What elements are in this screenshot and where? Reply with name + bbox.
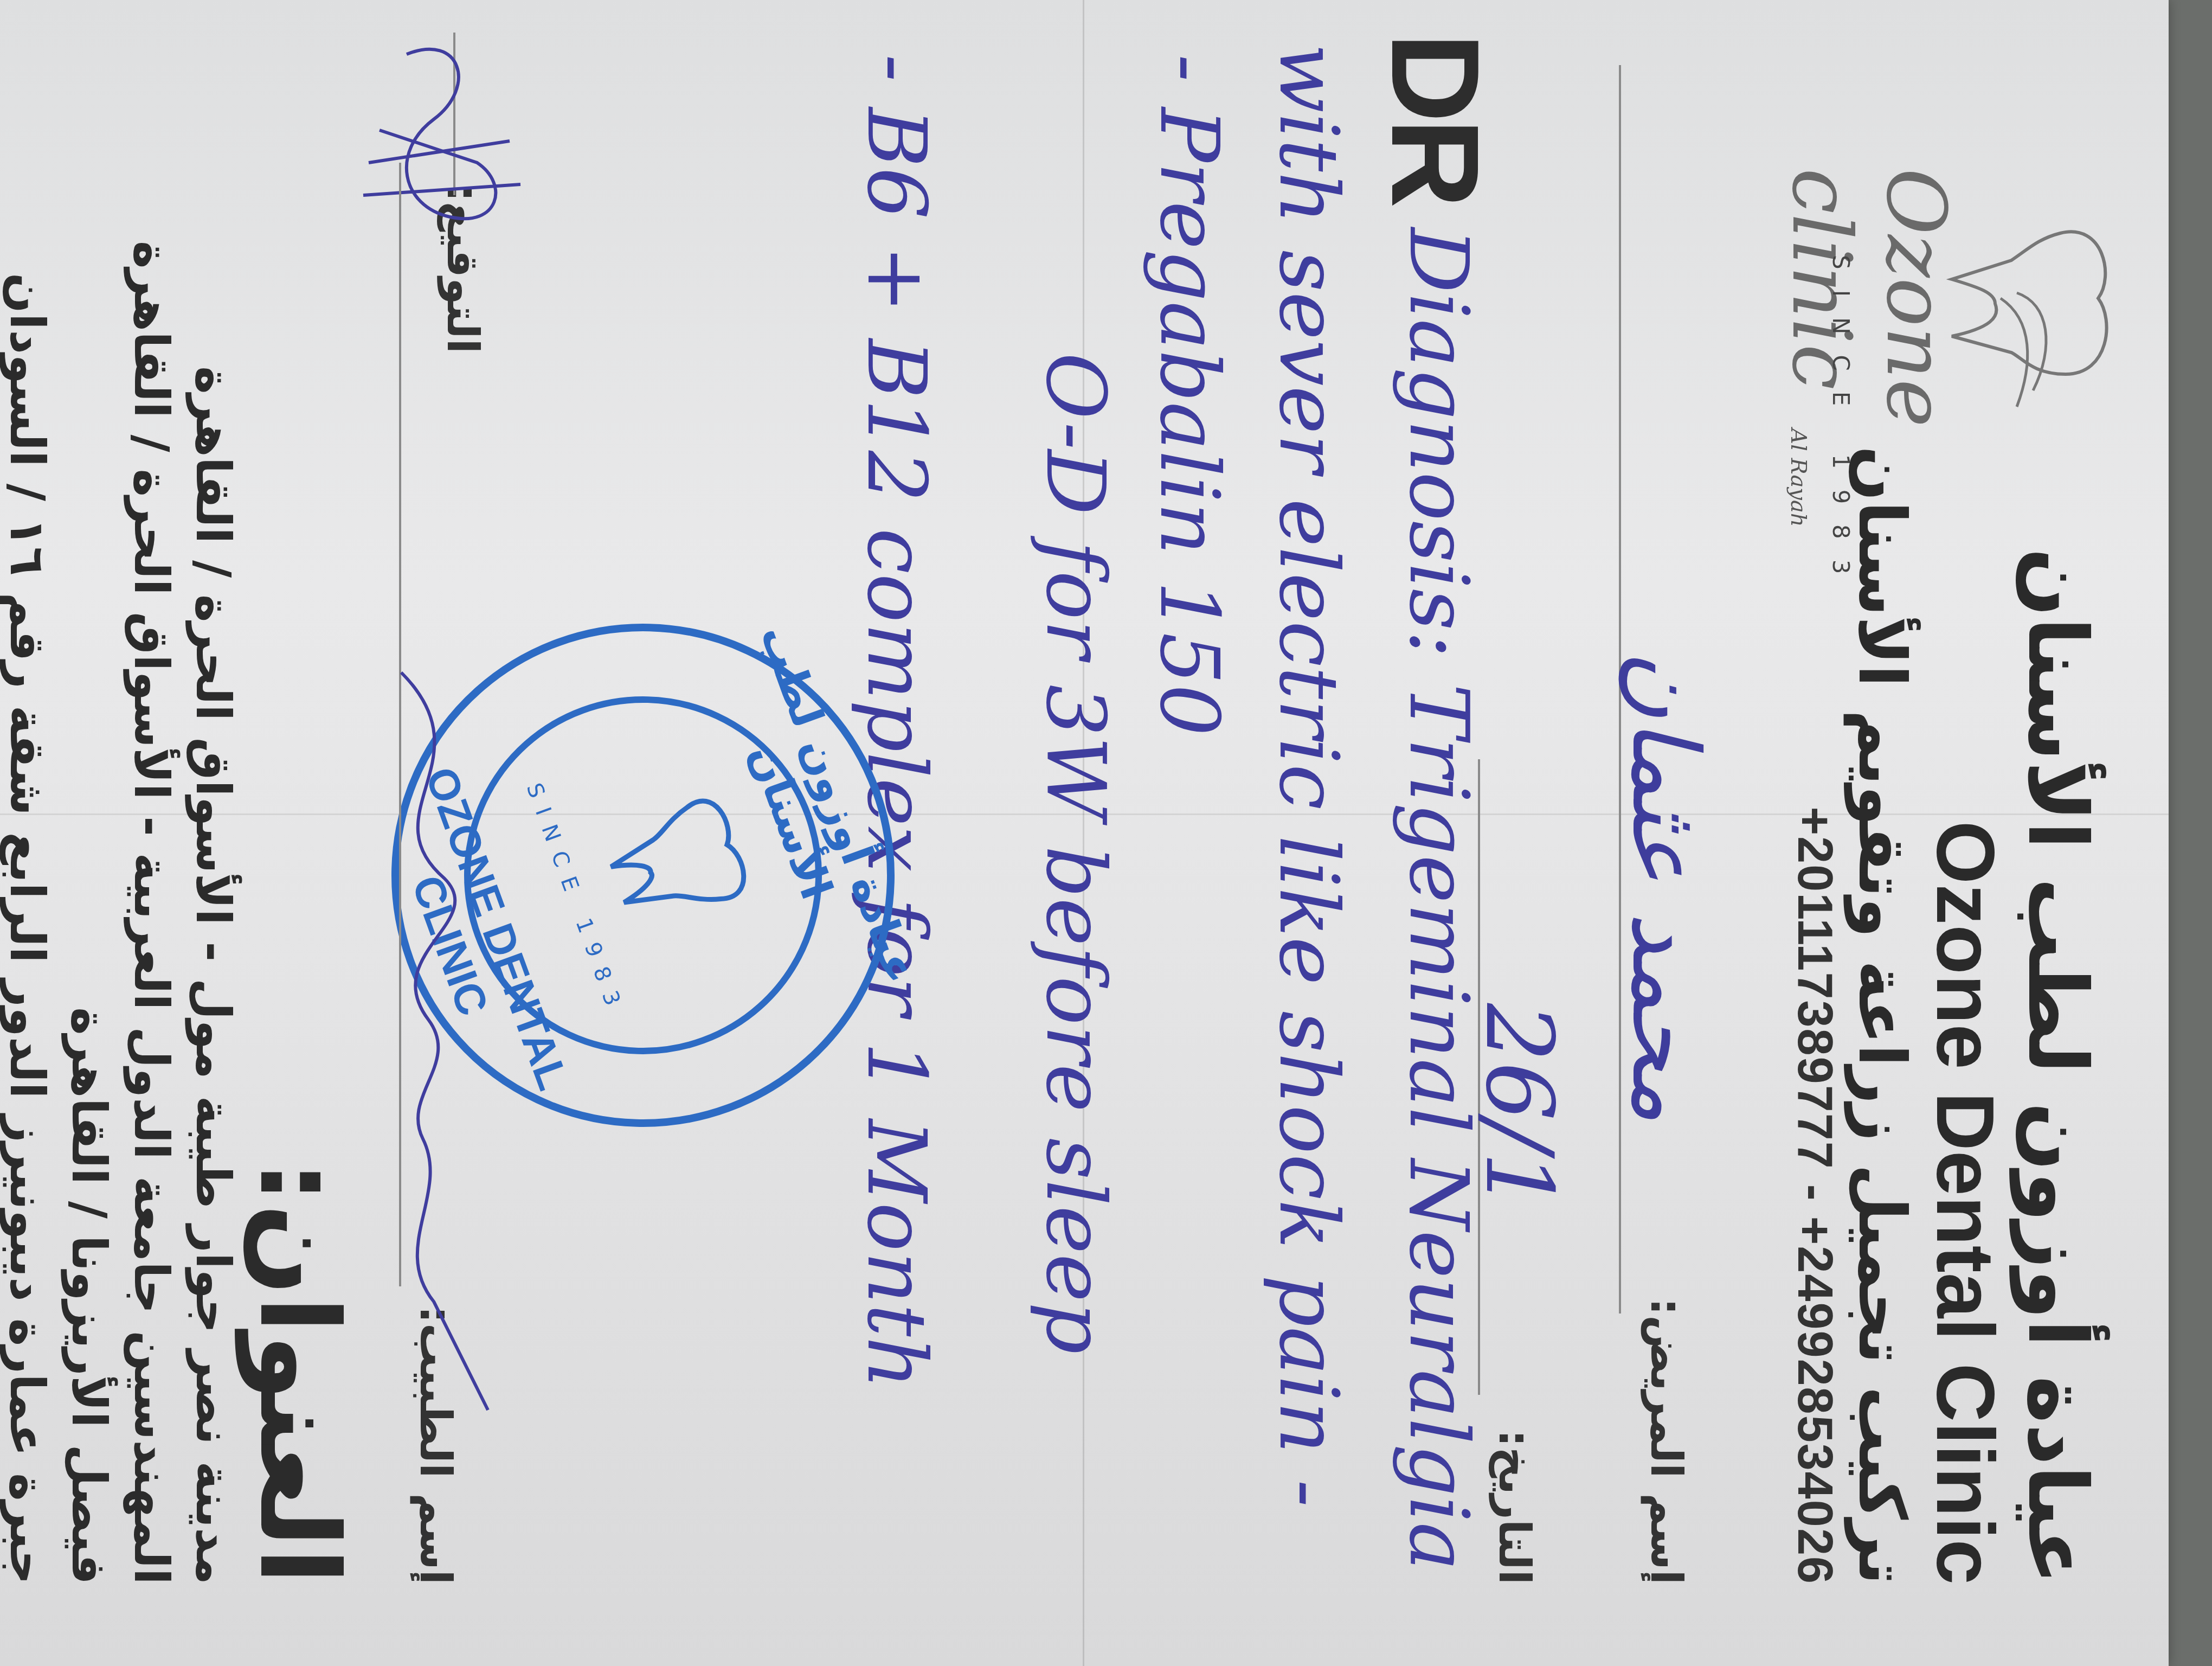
clinic-address: العنوان: مدينة نصر جوار طيبة مول - الأسو… bbox=[0, 43, 352, 1585]
date-field: التاريخ: bbox=[1489, 1430, 1540, 1585]
medication-line: - B6 + B12 complex for 1 Month bbox=[849, 54, 943, 1389]
address-line: جبرة عمارة ديبونيرز الدور الرابع شقة رقم… bbox=[0, 43, 58, 1585]
logo-sub-text: Al Rayah bbox=[1786, 428, 1811, 527]
address-line: فيصل الأريزونا / القاهرة bbox=[58, 43, 120, 1585]
photo-frame: عيادة أوزون لطب الأسنان Ozone Dental Cli… bbox=[0, 0, 2212, 1666]
diagnosis-detail-line: with sever electric like shock pain - bbox=[1261, 43, 1355, 1507]
medication-line: - Pregabalin 150 bbox=[1142, 54, 1236, 736]
tooth-icon bbox=[1946, 212, 2125, 439]
rx-mark: DR bbox=[1364, 33, 1507, 204]
signature-scribble bbox=[352, 22, 542, 293]
date-label: التاريخ: bbox=[1489, 1430, 1540, 1585]
diagnosis-line: Diagnosis: Trigeminal Neuralgia bbox=[1391, 228, 1486, 1571]
logo-since-text: SINCE 1983 bbox=[1828, 255, 1854, 595]
dosage-line: O-D for 3W before sleep bbox=[1028, 353, 1122, 1354]
address-line: المهندسين جامعة الدول العربية - الأسواق … bbox=[120, 43, 182, 1585]
patient-name-label: إسم المريض: bbox=[1641, 1298, 1692, 1585]
patient-name-value: محمد عثمان bbox=[1611, 651, 1719, 1123]
patient-name-field: إسم المريض: bbox=[1641, 1298, 1692, 1585]
address-line: مدينة نصر جوار طيبة مول - الأسواق الحرة … bbox=[182, 43, 244, 1585]
clinic-logo: Ozone clinic SINCE 1983 Al Rayah bbox=[1822, 49, 2125, 672]
address-title: العنوان: bbox=[244, 43, 352, 1585]
doctor-signature bbox=[347, 651, 510, 1464]
address-lines: مدينة نصر جوار طيبة مول - الأسواق الحرة … bbox=[0, 43, 244, 1585]
prescription-sheet: عيادة أوزون لطب الأسنان Ozone Dental Cli… bbox=[0, 0, 2169, 1666]
logo-script-text: Ozone clinic bbox=[1774, 168, 1963, 672]
